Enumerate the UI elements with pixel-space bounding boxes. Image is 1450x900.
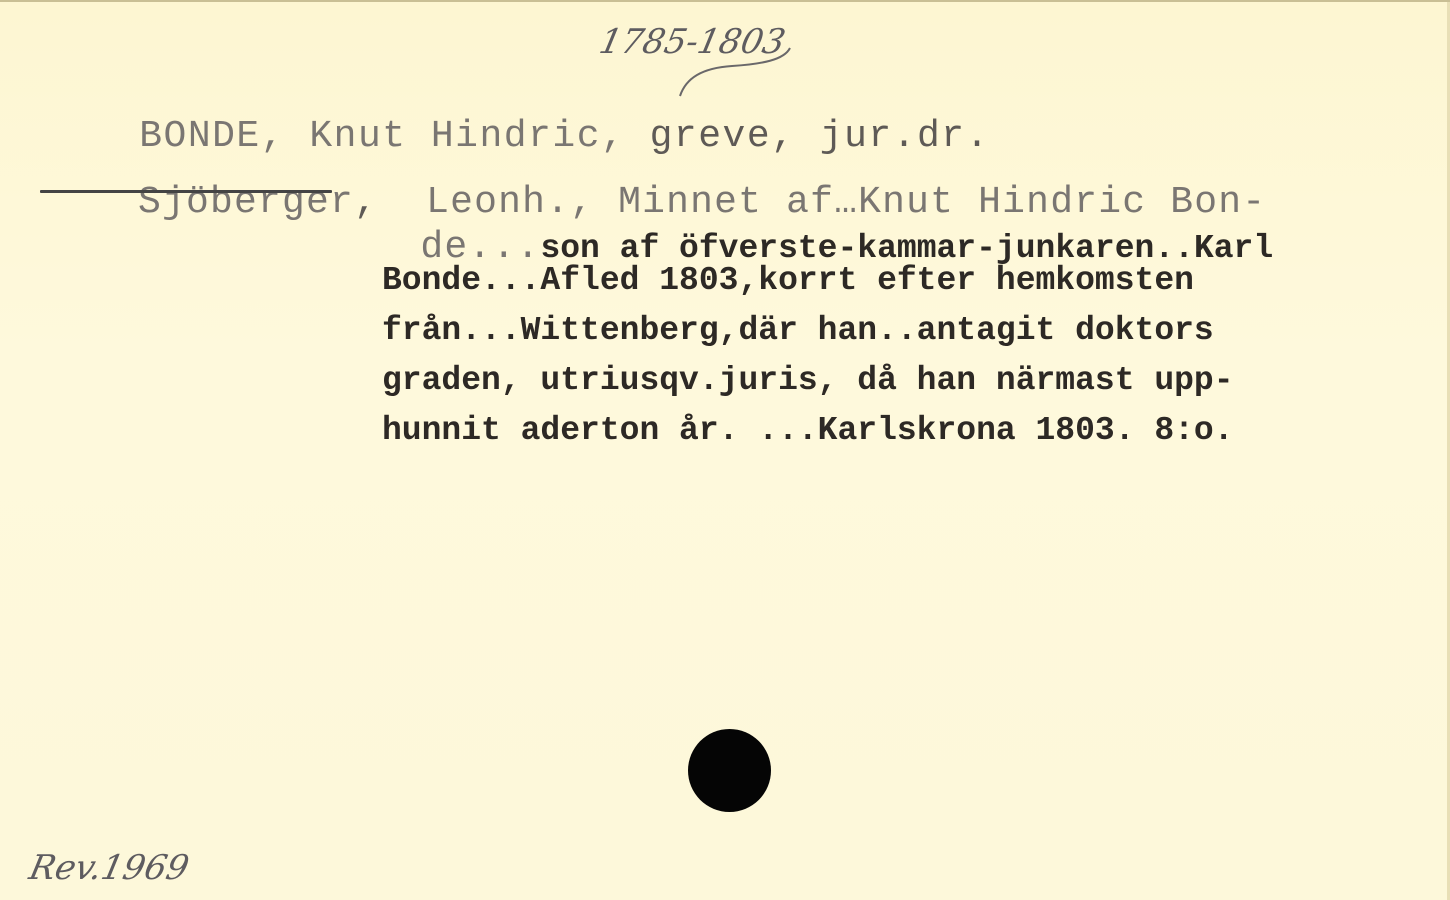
catalog-card: 1785-1803 BONDE, Knut Hindric, greve, ju… — [0, 0, 1450, 900]
entry-author: Sjöberger — [138, 181, 354, 224]
author-underline — [40, 190, 332, 193]
entry-line-6: hunnit aderton år. ...Karlskrona 1803. 8… — [382, 412, 1234, 449]
entry-line-3: Bonde...Afled 1803,korrt efter hemkomste… — [382, 262, 1194, 299]
entry-author-comma: , — [354, 181, 378, 224]
revision-note: Rev.1969 — [26, 848, 193, 888]
punch-hole — [688, 729, 771, 812]
entry-line-4: från...Wittenberg,där han..antagit dokto… — [382, 312, 1214, 349]
entry-line-5: graden, utriusqv.juris, då han närmast u… — [382, 362, 1234, 399]
